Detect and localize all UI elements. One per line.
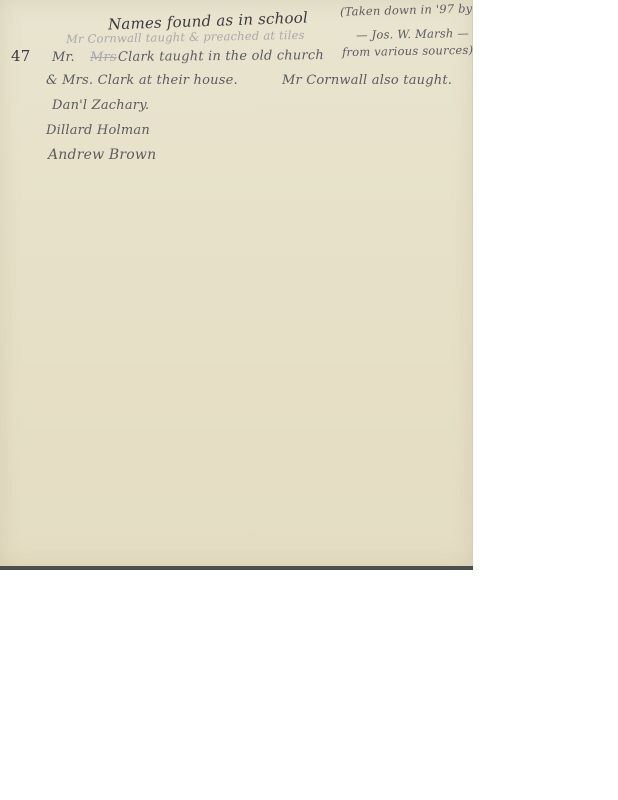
line-1-prefix: Mr. xyxy=(52,50,75,65)
name-entry-2: Dillard Holman xyxy=(46,123,150,138)
interlinear-note: Mr Cornwall taught & preached at tiles xyxy=(66,28,305,46)
source-note-line-3: from various sources) xyxy=(342,43,473,59)
name-entry-3: Andrew Brown xyxy=(48,147,156,163)
line-2-text: & Mrs. Clark at their house. xyxy=(46,73,238,88)
line-2-side-note: Mr Cornwall also taught. xyxy=(282,73,452,88)
name-entry-1: Dan'l Zachary. xyxy=(52,98,149,113)
source-note-line-2: — Jos. W. Marsh — xyxy=(356,26,469,42)
page-bottom-edge xyxy=(0,566,473,570)
line-1-text: Clark taught in the old church xyxy=(118,48,324,65)
document-page: Names found as in school (Taken down in … xyxy=(0,0,473,566)
source-note-line-1: (Taken down in '97 by xyxy=(340,1,473,18)
line-1-struck-word: Mrs xyxy=(90,50,117,65)
page-number: 47 xyxy=(11,47,31,65)
